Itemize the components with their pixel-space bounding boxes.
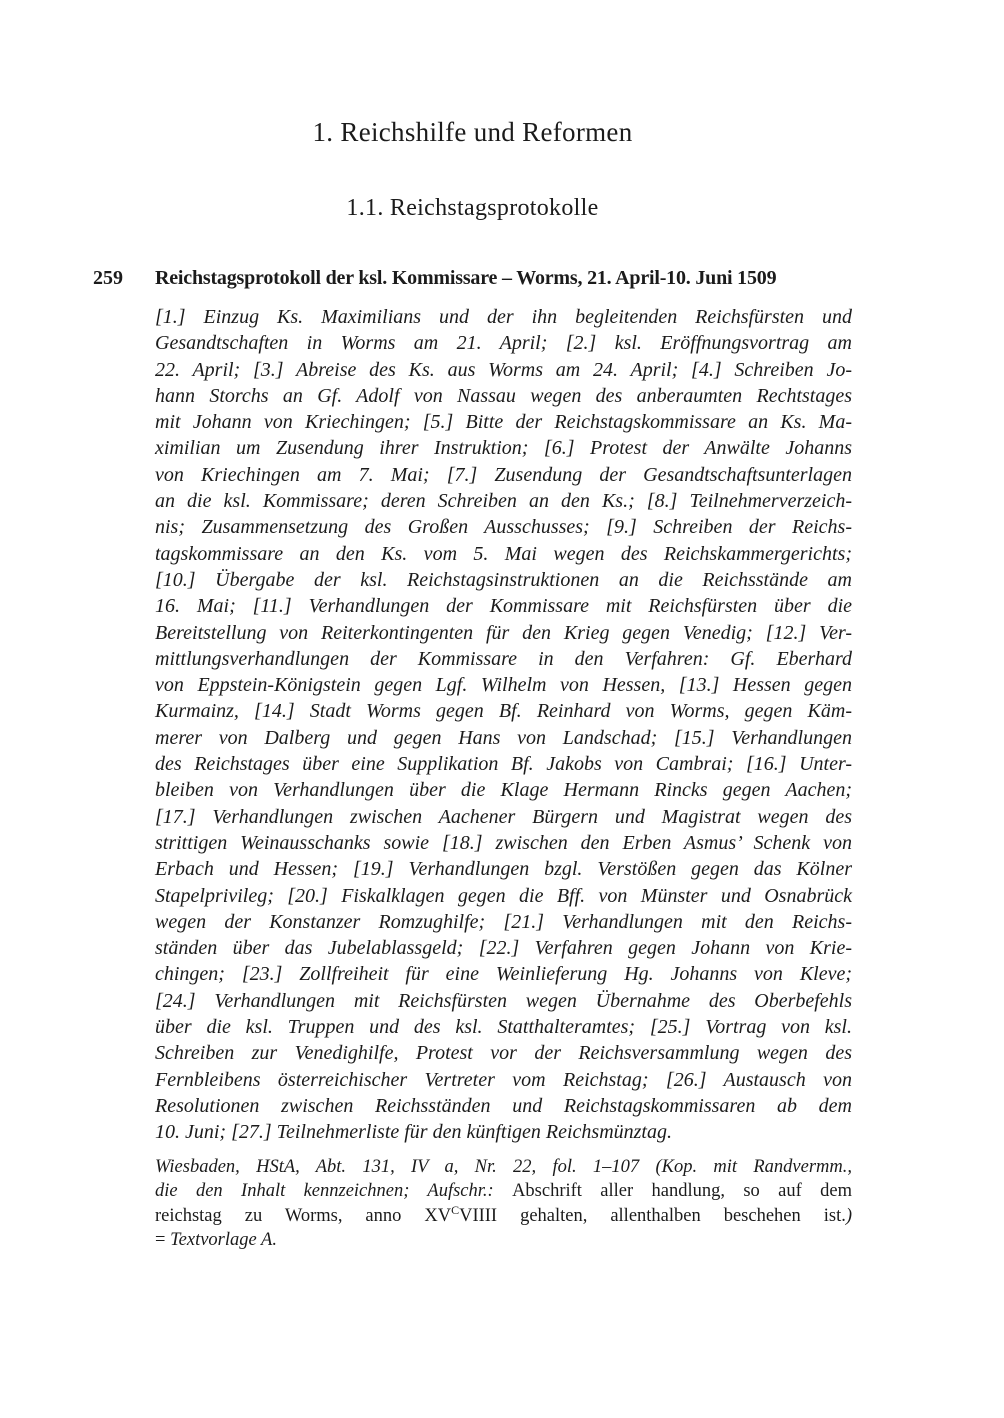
note-roman-segment: Abschrift aller handlung, so auf dem: [512, 1181, 852, 1201]
chapter-heading: 1. Reichshilfe und Reformen: [93, 116, 852, 148]
summary-line: wegen der Konstanzer Romzughilfe; [21.] …: [155, 909, 852, 935]
summary-line: hann Storchs an Gf. Adolf von Nassau weg…: [155, 383, 852, 409]
summary-line: ständen über das Jubelablassgeld; [22.] …: [155, 935, 852, 961]
summary-line: nis; Zusammensetzung des Großen Ausschus…: [155, 514, 852, 540]
summary-line: [10.] Übergabe der ksl. Reichstagsinstru…: [155, 567, 852, 593]
summary-line: 16. Mai; [11.] Verhandlungen der Kommiss…: [155, 593, 852, 619]
note-italic-segment: Textvorlage A.: [170, 1230, 277, 1250]
entry-body: [1.] Einzug Ks. Maximilians und der ihn …: [155, 304, 852, 1253]
entry-number: 259: [93, 265, 155, 292]
entry-summary: [1.] Einzug Ks. Maximilians und der ihn …: [155, 304, 852, 1146]
source-note-line-1: Wiesbaden, HStA, Abt. 131, IV a, Nr. 22,…: [155, 1155, 852, 1180]
summary-line: 10. Juni; [27.] Teilnehmerliste für den …: [155, 1119, 852, 1145]
summary-line: Stapelprivileg; [20.] Fiskalklagen gegen…: [155, 883, 852, 909]
summary-line: Erbach und Hessen; [19.] Verhandlungen b…: [155, 856, 852, 882]
summary-line: an die ksl. Kommissare; deren Schreiben …: [155, 488, 852, 514]
summary-line: Schreiben zur Venedighilfe, Protest vor …: [155, 1040, 852, 1066]
summary-line: mit Johann von Kriechingen; [5.] Bitte d…: [155, 409, 852, 435]
source-note-line-3: reichstag zu Worms, anno XVCVIIII gehalt…: [155, 1204, 852, 1229]
summary-line: Kurmainz, [14.] Stadt Worms gegen Bf. Re…: [155, 698, 852, 724]
note-roman-segment: VIIII gehalten, allenthalben beschehen i…: [459, 1206, 846, 1226]
summary-line: tagskommissare an den Ks. vom 5. Mai weg…: [155, 541, 852, 567]
source-note-line-2: die den Inhalt kennzeichnen; Aufschr.: A…: [155, 1179, 852, 1204]
summary-line: ximilian um Zusendung ihrer Instruktion;…: [155, 435, 852, 461]
summary-line: 22. April; [3.] Abreise des Ks. aus Worm…: [155, 357, 852, 383]
summary-line: Resolutionen zwischen Reichsständen und …: [155, 1093, 852, 1119]
note-roman-segment: reichstag zu Worms, anno XV: [155, 1206, 451, 1226]
note-italic-segment: die den Inhalt kennzeichnen; Aufschr.:: [155, 1181, 512, 1201]
note-italic-segment: Wiesbaden, HStA, Abt. 131, IV a, Nr. 22,…: [155, 1157, 852, 1177]
source-note-line-4: = Textvorlage A.: [155, 1228, 852, 1253]
summary-line: des Reichstages über eine Supplikation B…: [155, 751, 852, 777]
summary-line: von Eppstein-Königstein gegen Lgf. Wilhe…: [155, 672, 852, 698]
summary-line: [24.] Verhandlungen mit Reichsfürsten we…: [155, 988, 852, 1014]
note-italic-segment: ): [846, 1206, 852, 1226]
summary-line: [1.] Einzug Ks. Maximilians und der ihn …: [155, 304, 852, 330]
summary-line: Bereitstellung von Reiterkontingenten fü…: [155, 620, 852, 646]
summary-line: über die ksl. Truppen und des ksl. Statt…: [155, 1014, 852, 1040]
summary-line: Gesandtschaften in Worms am 21. April; […: [155, 330, 852, 356]
regest-entry: 259 Reichstagsprotokoll der ksl. Kommiss…: [93, 265, 852, 1253]
note-roman-segment: =: [155, 1230, 170, 1250]
entry-title: Reichstagsprotokoll der ksl. Kommissare …: [155, 265, 852, 292]
entry-head: 259 Reichstagsprotokoll der ksl. Kommiss…: [93, 265, 852, 292]
summary-line: von Kriechingen am 7. Mai; [7.] Zusendun…: [155, 462, 852, 488]
section-heading: 1.1. Reichstagsprotokolle: [93, 193, 852, 223]
summary-line: mittlungsverhandlungen der Kommissare in…: [155, 646, 852, 672]
summary-line: strittigen Weinausschanks sowie [18.] zw…: [155, 830, 852, 856]
superscript-c: C: [451, 1202, 459, 1216]
summary-line: merer von Dalberg und gegen Hans von Lan…: [155, 725, 852, 751]
summary-line: chingen; [23.] Zollfreiheit für eine Wei…: [155, 961, 852, 987]
book-page: 1. Reichshilfe und Reformen 1.1. Reichst…: [0, 0, 1004, 1418]
archival-source-note: Wiesbaden, HStA, Abt. 131, IV a, Nr. 22,…: [155, 1155, 852, 1253]
summary-line: [17.] Verhandlungen zwischen Aachener Bü…: [155, 804, 852, 830]
summary-line: Fernbleibens österreichischer Vertreter …: [155, 1067, 852, 1093]
summary-line: bleiben von Verhandlungen über die Klage…: [155, 777, 852, 803]
